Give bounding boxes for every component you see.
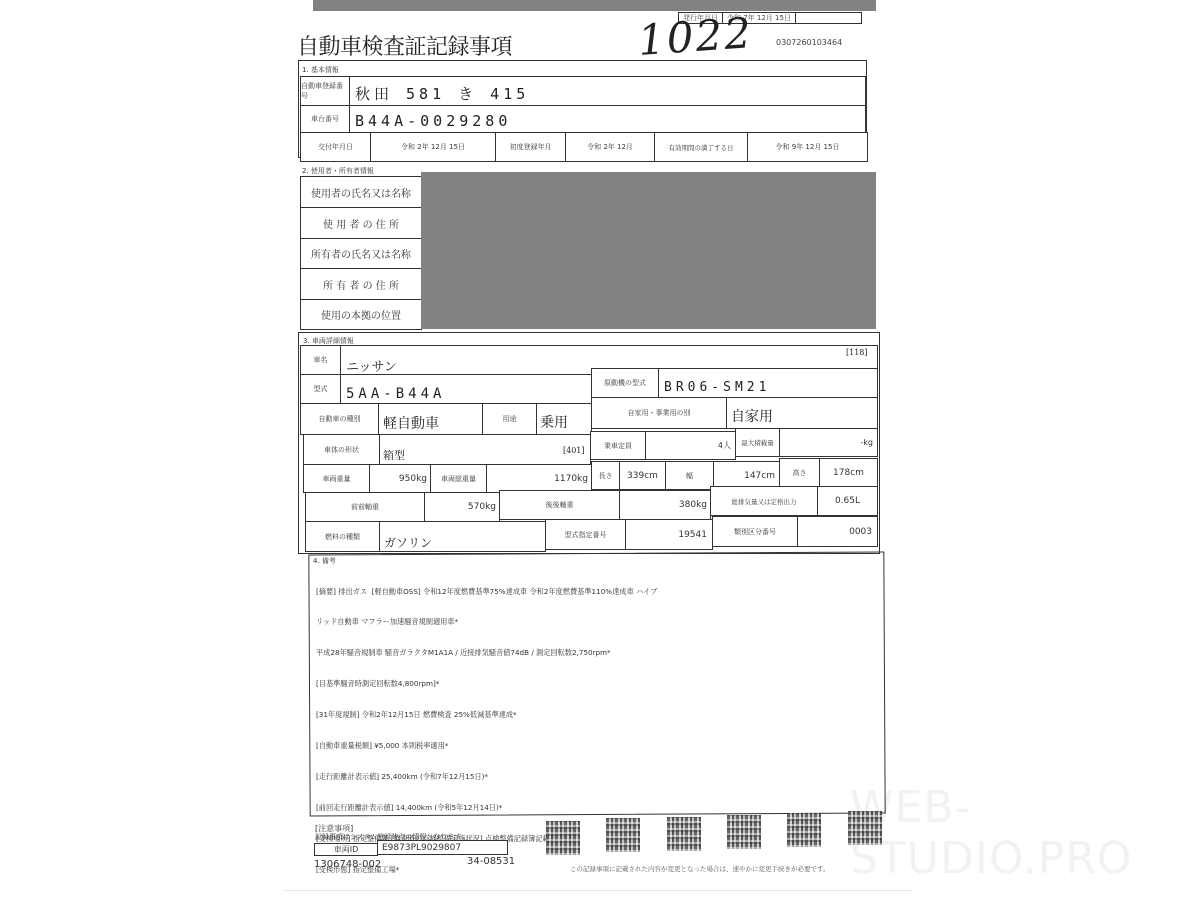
- gross-weight-label: 車両総重量: [430, 464, 487, 493]
- registration-label: 自動車登録番号: [300, 76, 350, 106]
- remarks-line: [走行距離計表示値] 25,400km (令和7年12月15日)*: [316, 772, 657, 782]
- handwritten-number: 1022: [636, 8, 754, 65]
- category-value: 0003: [797, 516, 878, 547]
- use-value: 乗用: [540, 412, 568, 432]
- length-value: 339cm: [619, 461, 666, 490]
- qr-code-6: [848, 811, 882, 845]
- chassis-label: 車台番号: [300, 105, 350, 133]
- remarks-line: リッド自動車 マフラー加速騒音規制適用車*: [316, 617, 657, 627]
- document-number: 0307260103464: [776, 38, 842, 47]
- height-label: 高さ: [779, 458, 820, 487]
- displacement-value: 0.65L: [817, 486, 878, 516]
- first-registration-label: 初度登録年月: [495, 132, 566, 162]
- body-shape-value: 箱型: [383, 447, 405, 463]
- width-label: 幅: [665, 461, 714, 490]
- qr-code-4: [727, 815, 761, 849]
- qr-code-2: [606, 818, 640, 852]
- type-designation-label: 型式指定番号: [545, 519, 626, 550]
- rear-axle-value: 380kg: [619, 490, 711, 520]
- displacement-label: 総排気量又は定格出力: [710, 486, 818, 516]
- category-label: 類別区分番号: [712, 516, 798, 547]
- private-business-value: 自家用: [731, 406, 773, 426]
- max-load-label: 最大積載量: [735, 428, 780, 457]
- section1-heading: 1. 基本情報: [302, 65, 339, 75]
- expiry-label: 有効期間の満了する日: [654, 132, 748, 162]
- fuel-value: ガソリン: [384, 534, 432, 551]
- redaction-owner-info: [421, 172, 876, 329]
- remarks-line: [31年度規制] 令和2年12月15日 燃費検査 25%低減基準達成*: [316, 710, 657, 720]
- maker-code: [118]: [846, 348, 868, 357]
- gross-weight-value: 1170kg: [486, 464, 592, 493]
- private-business-label: 自家用・事業用の別: [591, 397, 727, 429]
- rear-axle-label: 後後軸重: [499, 490, 620, 520]
- weight-label: 車両重量: [303, 464, 370, 493]
- remarks-line: [目基準騒音時測定回転数4,800rpm]*: [316, 679, 657, 689]
- redaction-bar-top: [313, 0, 876, 11]
- front-axle-value: 570kg: [424, 492, 500, 522]
- vehicle-id-value: E9873PL9029807: [377, 840, 508, 855]
- body-shape-label: 車体の形状: [303, 434, 380, 465]
- type-designation-value: 19541: [625, 519, 713, 550]
- owner-name-label: 所有者の氏名又は名称: [300, 238, 422, 269]
- fuel-label: 燃料の種類: [305, 521, 380, 552]
- base-location-label: 使用の本拠の位置: [300, 299, 422, 330]
- first-registration-value: 令和 2年 12月: [565, 132, 655, 162]
- height-value: 178cm: [819, 458, 878, 487]
- issue-date-label: 交付年月日: [300, 132, 371, 162]
- qr-code-3: [667, 817, 701, 851]
- bottom-note: この記録事項に記載された内容が変更となった場合は、速やかに変更手続きが必要です。: [570, 864, 829, 873]
- maker-value: ニッサン: [346, 356, 397, 375]
- maker-label: 車名: [300, 345, 341, 375]
- length-label: 長さ: [591, 461, 620, 490]
- capacity-label: 乗車定員: [590, 431, 646, 460]
- expiry-value: 令和 9年 12月 15日: [747, 132, 868, 162]
- owner-address-label: 所 有 者 の 住 所: [300, 268, 422, 300]
- section4-heading: 4. 備考: [313, 556, 336, 566]
- watermark: WEB-STUDIO.PRO: [850, 782, 1200, 884]
- remarks-line: [摘要] 排出ガス [軽自動車OSS] 令和12年度燃費基準75%達成車 令和2…: [316, 587, 657, 597]
- user-name-label: 使用者の氏名又は名称: [300, 176, 422, 208]
- left-code: 1306748-002: [314, 859, 381, 870]
- front-axle-label: 前前軸重: [305, 492, 425, 522]
- qr-code-5: [787, 813, 821, 847]
- remarks-line: [前回走行距離計表示値] 14,400km (令和5年12月14日)*: [316, 803, 657, 813]
- max-load-value: -kg: [779, 428, 878, 457]
- capacity-value: 4人: [645, 431, 736, 460]
- chassis-value: B44A-0029280: [355, 112, 511, 130]
- registration-value: 秋田 581 き 415: [355, 83, 529, 104]
- right-code: 34-08531: [467, 856, 515, 867]
- use-label: 用途: [482, 403, 537, 435]
- user-address-label: 使 用 者 の 住 所: [300, 207, 422, 239]
- vehicle-type-value: 軽自動車: [383, 413, 439, 433]
- issue-date-value: 令和 2年 12月 15日: [370, 132, 496, 162]
- weight-value: 950kg: [369, 464, 431, 493]
- document-title: 自動車検査証記録事項: [297, 30, 512, 61]
- model-value: 5AA-B44A: [346, 386, 445, 402]
- body-shape-cell: [379, 434, 591, 465]
- body-shape-code: [401]: [563, 446, 585, 455]
- vehicle-id-label: 車両ID: [314, 843, 378, 856]
- section2-heading: 2. 使用者・所有者情報: [302, 166, 374, 176]
- engine-value: BR06-SM21: [664, 380, 770, 395]
- engine-label: 原動機の型式: [591, 368, 659, 398]
- remarks-line: 平成28年騒音規制車 騒音ガラクタM1A1A / 近接排気騒音値74dB / 測…: [316, 648, 657, 658]
- qr-code-1: [546, 821, 580, 855]
- remarks-line: [自動車重量税額] ¥5,000 本則税率適用*: [316, 741, 657, 751]
- model-label: 型式: [300, 374, 341, 404]
- vehicle-type-label: 自動車の種別: [300, 403, 379, 435]
